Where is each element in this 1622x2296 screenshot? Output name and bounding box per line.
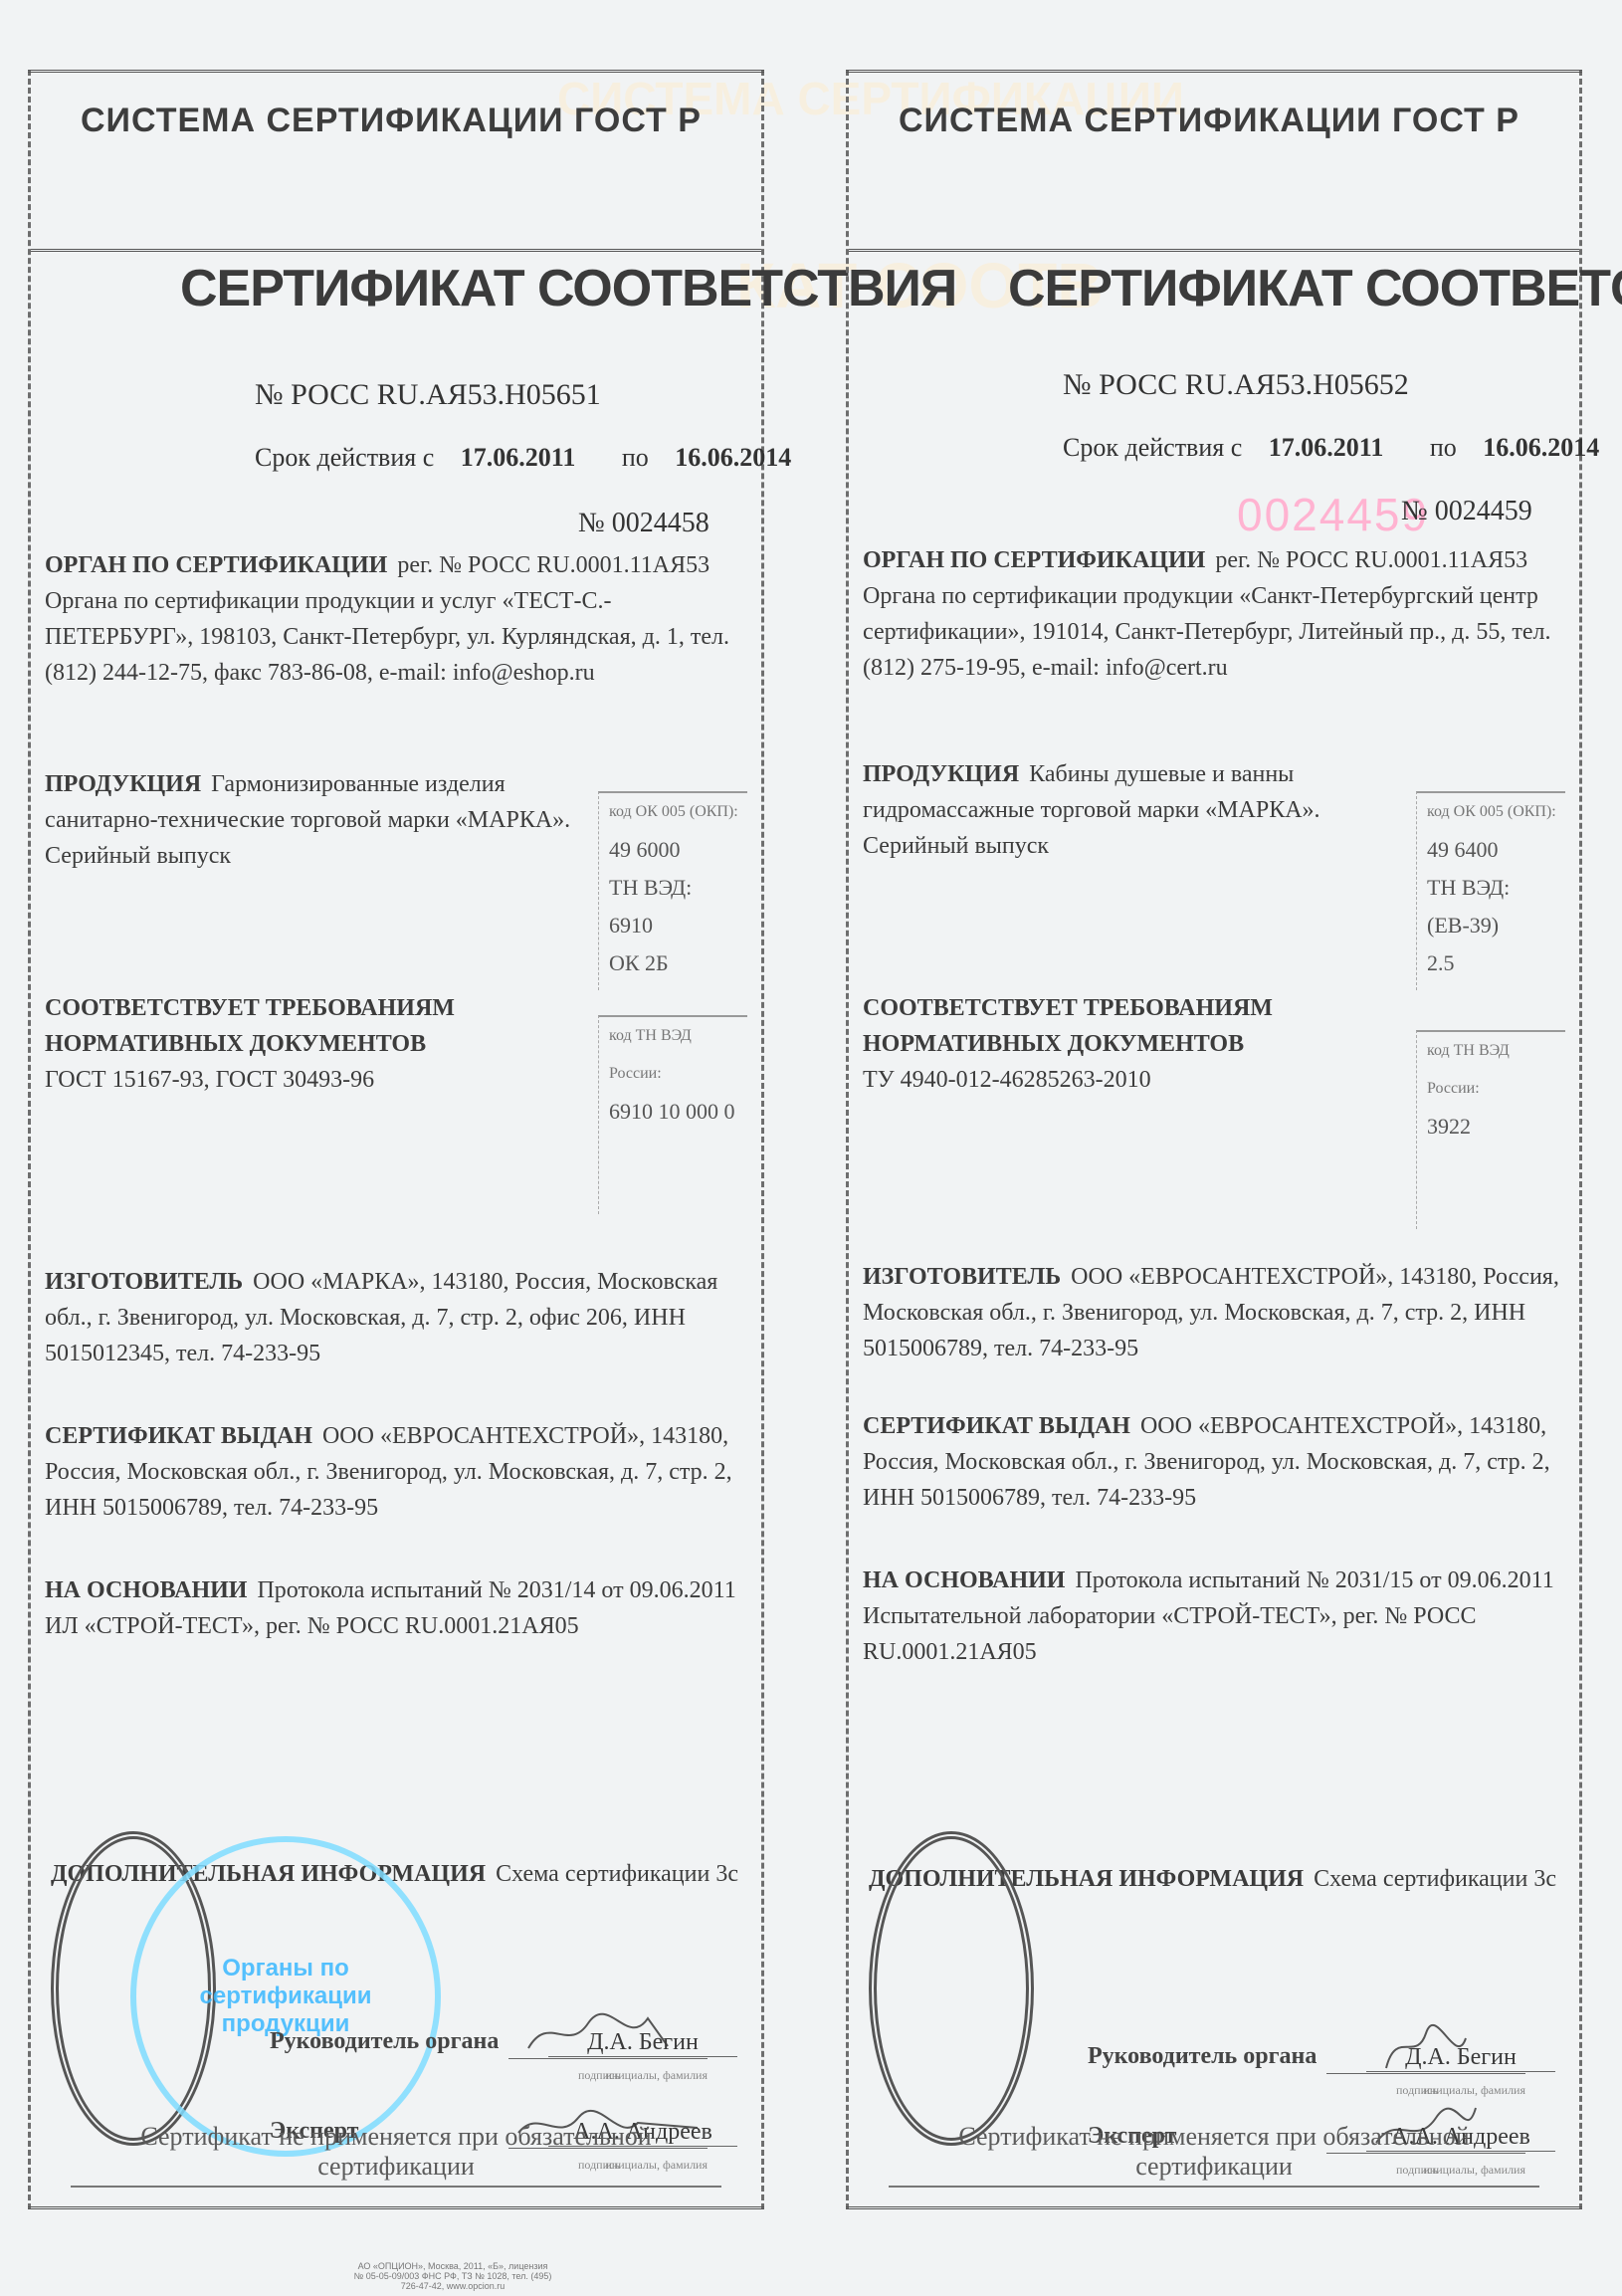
validity-to: 16.06.2014 [675,443,791,472]
frame-top-line [28,70,764,77]
frame-bottom-line [846,2202,1582,2209]
printer-mark: АО «ОПЦИОН», Москва, 2011, «Б», лицензия… [353,2261,552,2291]
header-band: СИСТЕМА СЕРТИФИКАЦИИ ГОСТ Р [31,80,761,252]
footer-note: Сертификат не применяется при обязательн… [71,2122,721,2188]
manufacturer-label: ИЗГОТОВИТЕЛЬ [45,1269,243,1295]
form-number: № 0024458 [578,508,710,539]
certificate-title: СЕРТИФИКАТ СООТВЕТСТВИЯ [1008,259,1559,318]
additional-info-text: Схема сертификации 3с [1314,1866,1556,1892]
number-sign: № [1063,368,1092,401]
tnved-caption: код ТН ВЭД России: [1427,1032,1565,1108]
validity-period: Срок действия с 17.06.2011 по 16.06.2014 [255,443,791,473]
system-title: СИСТЕМА СЕРТИФИКАЦИИ ГОСТ Р [81,102,731,140]
certification-body: ОРГАН ПО СЕРТИФИКАЦИИрег. № РОСС RU.0001… [45,547,747,691]
compliance: СООТВЕТСТВУЕТ ТРЕБОВАНИЯМ НОРМАТИВНЫХ ДО… [45,990,582,1098]
tnved-code-box: код ТН ВЭД России: 6910 10 000 0 [598,1015,747,1214]
compliance-text: ТУ 4940-012-46285263-2010 [863,1067,1151,1093]
okp-code-box: код ОК 005 (ОКП): 49 6400 ТН ВЭД: (ЕВ-39… [1416,791,1565,990]
product: ПРОДУКЦИЯГармонизированные изделия санит… [45,766,582,874]
issued-to: СЕРТИФИКАТ ВЫДАНООО «ЕВРОСАНТЕХСТРОЙ», 1… [45,1418,747,1526]
manufacturer-label: ИЗГОТОВИТЕЛЬ [863,1264,1061,1290]
manufacturer: ИЗГОТОВИТЕЛЬООО «ЕВРОСАНТЕХСТРОЙ», 14318… [863,1259,1565,1366]
tnved-value: 6910 10 000 0 [609,1093,747,1131]
frame-bottom-line [28,2202,764,2209]
issued-to-label: СЕРТИФИКАТ ВЫДАН [863,1413,1130,1439]
validity-period: Срок действия с 17.06.2011 по 16.06.2014 [1063,433,1599,463]
certification-body-label: ОРГАН ПО СЕРТИФИКАЦИИ [863,547,1205,573]
head-name: Д.А. Бегин [1366,2044,1555,2072]
issued-to: СЕРТИФИКАТ ВЫДАНООО «ЕВРОСАНТЕХСТРОЙ», 1… [863,1408,1565,1516]
additional-info-text: Схема сертификации 3с [496,1861,738,1887]
okp-value: 49 6400 [1427,831,1565,869]
tnved-caption: код ТН ВЭД России: [609,1017,747,1093]
certificate-left: СИСТЕМА СЕРТИФИКАЦИИ ГОСТ Р СЕРТИФИКАТ С… [28,70,764,2209]
tnved-code-box: код ТН ВЭД России: 3922 [1416,1030,1565,1229]
validity-from: 17.06.2011 [461,443,576,472]
basis: НА ОСНОВАНИИПротокола испытаний № 2031/1… [45,1572,747,1644]
certificate-title: СЕРТИФИКАТ СООТВЕТСТВИЯ [180,259,741,318]
frame-top-line [846,70,1582,77]
validity-from-label: Срок действия с [255,443,434,472]
head-signature-row: Руководитель органа подпись Д.А. Бегин и… [270,2005,747,2075]
tnved-value: 3922 [1427,1108,1565,1146]
basis-label: НА ОСНОВАНИИ [863,1567,1065,1593]
compliance: СООТВЕТСТВУЕТ ТРЕБОВАНИЯМ НОРМАТИВНЫХ ДО… [863,990,1400,1098]
head-signature-row: Руководитель органа подпись Д.А. Бегин и… [1088,2020,1565,2090]
certificate-number-value: РОСС RU.АЯ53.Н05652 [1099,368,1409,401]
system-title: СИСТЕМА СЕРТИФИКАЦИИ ГОСТ Р [899,102,1549,140]
certificate-number-value: РОСС RU.АЯ53.Н05651 [291,378,601,411]
okp-value: 2.5 [1427,944,1565,982]
validity-to-label: по [622,443,649,472]
okp-value: 49 6000 [609,831,747,869]
form-number: № 0024459 [1401,496,1532,527]
compliance-text: ГОСТ 15167-93, ГОСТ 30493-96 [45,1067,374,1093]
certification-body: ОРГАН ПО СЕРТИФИКАЦИИрег. № РОСС RU.0001… [863,542,1565,686]
number-sign: № [255,378,284,411]
okp-value: 6910 [609,907,747,944]
head-role: Руководитель органа [270,2028,499,2055]
okp-value: ТН ВЭД: [609,869,747,907]
certificate-right: СИСТЕМА СЕРТИФИКАЦИИ ГОСТ Р СЕРТИФИКАТ С… [846,70,1582,2209]
compliance-label: СООТВЕТСТВУЕТ ТРЕБОВАНИЯМ НОРМАТИВНЫХ ДО… [863,990,1390,1062]
certificate-number: № РОСС RU.АЯ53.Н05651 [255,378,601,412]
okp-caption: код ОК 005 (ОКП): [609,793,747,831]
name-caption: инициалы, фамилия [605,2068,708,2083]
compliance-label: СООТВЕТСТВУЕТ ТРЕБОВАНИЯМ НОРМАТИВНЫХ ДО… [45,990,572,1062]
manufacturer: ИЗГОТОВИТЕЛЬООО «МАРКА», 143180, Россия,… [45,1264,747,1371]
product: ПРОДУКЦИЯКабины душевые и ванны гидромас… [863,756,1400,864]
head-role: Руководитель органа [1088,2043,1317,2070]
certification-body-label: ОРГАН ПО СЕРТИФИКАЦИИ [45,552,387,578]
footer-note: Сертификат не применяется при обязательн… [889,2122,1539,2188]
issued-to-label: СЕРТИФИКАТ ВЫДАН [45,1423,312,1449]
okp-caption: код ОК 005 (ОКП): [1427,793,1565,831]
okp-value: ТН ВЭД: [1427,869,1565,907]
okp-value: ОК 2Б [609,944,747,982]
validity-from-label: Срок действия с [1063,433,1242,462]
basis-label: НА ОСНОВАНИИ [45,1577,247,1603]
okp-code-box: код ОК 005 (ОКП): 49 6000 ТН ВЭД: 6910 О… [598,791,747,990]
product-label: ПРОДУКЦИЯ [863,761,1019,787]
validity-from: 17.06.2011 [1269,433,1384,462]
product-label: ПРОДУКЦИЯ [45,771,201,797]
basis: НА ОСНОВАНИИПротокола испытаний № 2031/1… [863,1563,1565,1670]
header-band: СИСТЕМА СЕРТИФИКАЦИИ ГОСТ Р [849,80,1579,252]
certificate-number: № РОСС RU.АЯ53.Н05652 [1063,368,1409,402]
okp-value: (ЕВ-39) [1427,907,1565,944]
name-caption: инициалы, фамилия [1423,2083,1525,2098]
head-name: Д.А. Бегин [548,2029,737,2057]
validity-to: 16.06.2014 [1483,433,1599,462]
validity-to-label: по [1430,433,1457,462]
black-oval-stamp [869,1831,1034,2146]
